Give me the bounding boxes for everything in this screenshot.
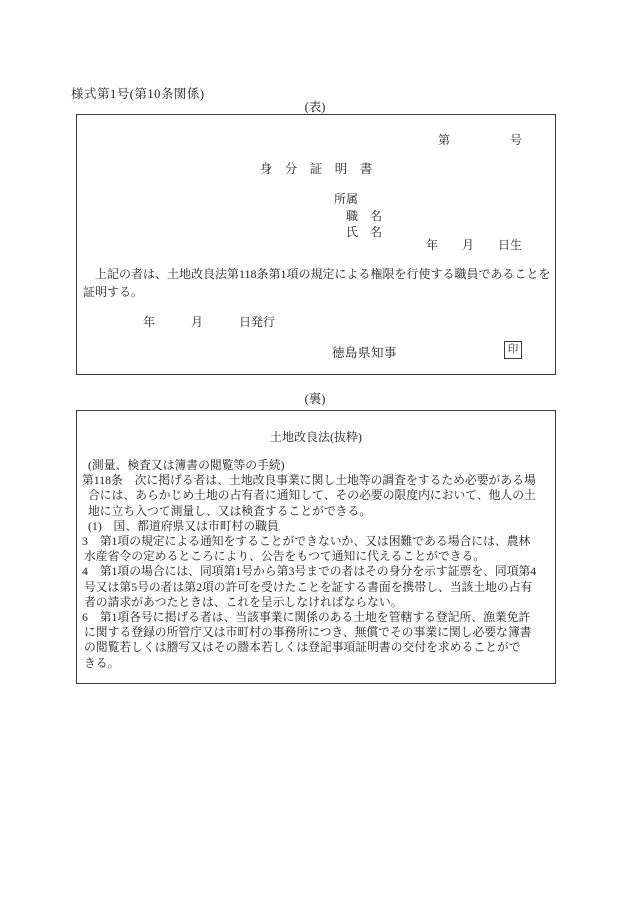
certificate-number-line: 第 号 xyxy=(438,131,522,148)
document-page: 様式第1号(第10条関係) (表) 第 号 身 分 証 明 書 所属 職 名 氏… xyxy=(0,0,630,903)
front-certificate-box: 第 号 身 分 証 明 書 所属 職 名 氏 名 年 月 日生 上記の者は、土地… xyxy=(76,114,556,375)
law-line: 地に立ち入つて測量し、又は検査することができる。 xyxy=(82,504,552,519)
law-line: きる。 xyxy=(82,656,552,671)
law-line: 3 第1項の規定による通知をすることができないか、又は困難である場合には、農林 xyxy=(82,534,552,549)
official-seal-box: 印 xyxy=(504,341,522,359)
governor-title: 徳島県知事 xyxy=(332,343,397,361)
seal-character: 印 xyxy=(508,344,519,355)
certification-statement: 上記の者は、土地改良法第118条第1項の規定による権限を行使する職員であることを… xyxy=(83,266,551,301)
back-law-box: 土地改良法(抜粋) (測量、検査又は簿書の閲覧等の手続) 第118条 次に掲げる… xyxy=(76,410,556,684)
law-line: 者の請求があつたときは、これを呈示しなければならない。 xyxy=(82,595,552,610)
birth-date-line: 年 月 日生 xyxy=(426,236,522,253)
law-body: (測量、検査又は簿書の閲覧等の手続) 第118条 次に掲げる者は、土地改良事業に… xyxy=(82,458,552,671)
law-title: 土地改良法(抜粋) xyxy=(77,428,555,445)
law-line: に関する登録の所管庁又は市町村の事務所につき、無償でその事業に関し必要な簿書 xyxy=(82,625,552,640)
law-line: の閲覧若しくは謄写又はその謄本若しくは登記事項証明書の交付を求めることがで xyxy=(82,640,552,655)
law-line: 4 第1項の場合には、同項第1号から第3号までの者はその身分を示す証票を、同項第… xyxy=(82,564,552,579)
back-side-label: (裏) xyxy=(76,389,554,407)
affiliation-block: 所属 職 名 氏 名 xyxy=(334,191,382,241)
law-line: 6 第1項各号に掲げる者は、当該事業に関係のある土地を管轄する登記所、漁業免許 xyxy=(82,610,552,625)
issue-date-line: 年 月 日発行 xyxy=(143,313,275,330)
law-line: 水産省令の定めるところにより、公告をもつて通知に代えることができる。 xyxy=(82,549,552,564)
front-side-label: (表) xyxy=(76,97,554,115)
law-line: 号又は第5号の者は第2項の許可を受けたことを証する書面を携帯し、当該土地の占有 xyxy=(82,580,552,595)
certificate-title: 身 分 証 明 書 xyxy=(77,159,555,177)
law-line: (測量、検査又は簿書の閲覧等の手続) xyxy=(82,458,552,473)
law-line: (1) 国、都道府県又は市町村の職員 xyxy=(82,519,552,534)
law-line: 第118条 次に掲げる者は、土地改良事業に関し土地等の調査をするため必要がある場 xyxy=(82,473,552,488)
law-line: 合には、あらかじめ土地の占有者に通知して、その必要の限度内において、他人の土 xyxy=(82,488,552,503)
